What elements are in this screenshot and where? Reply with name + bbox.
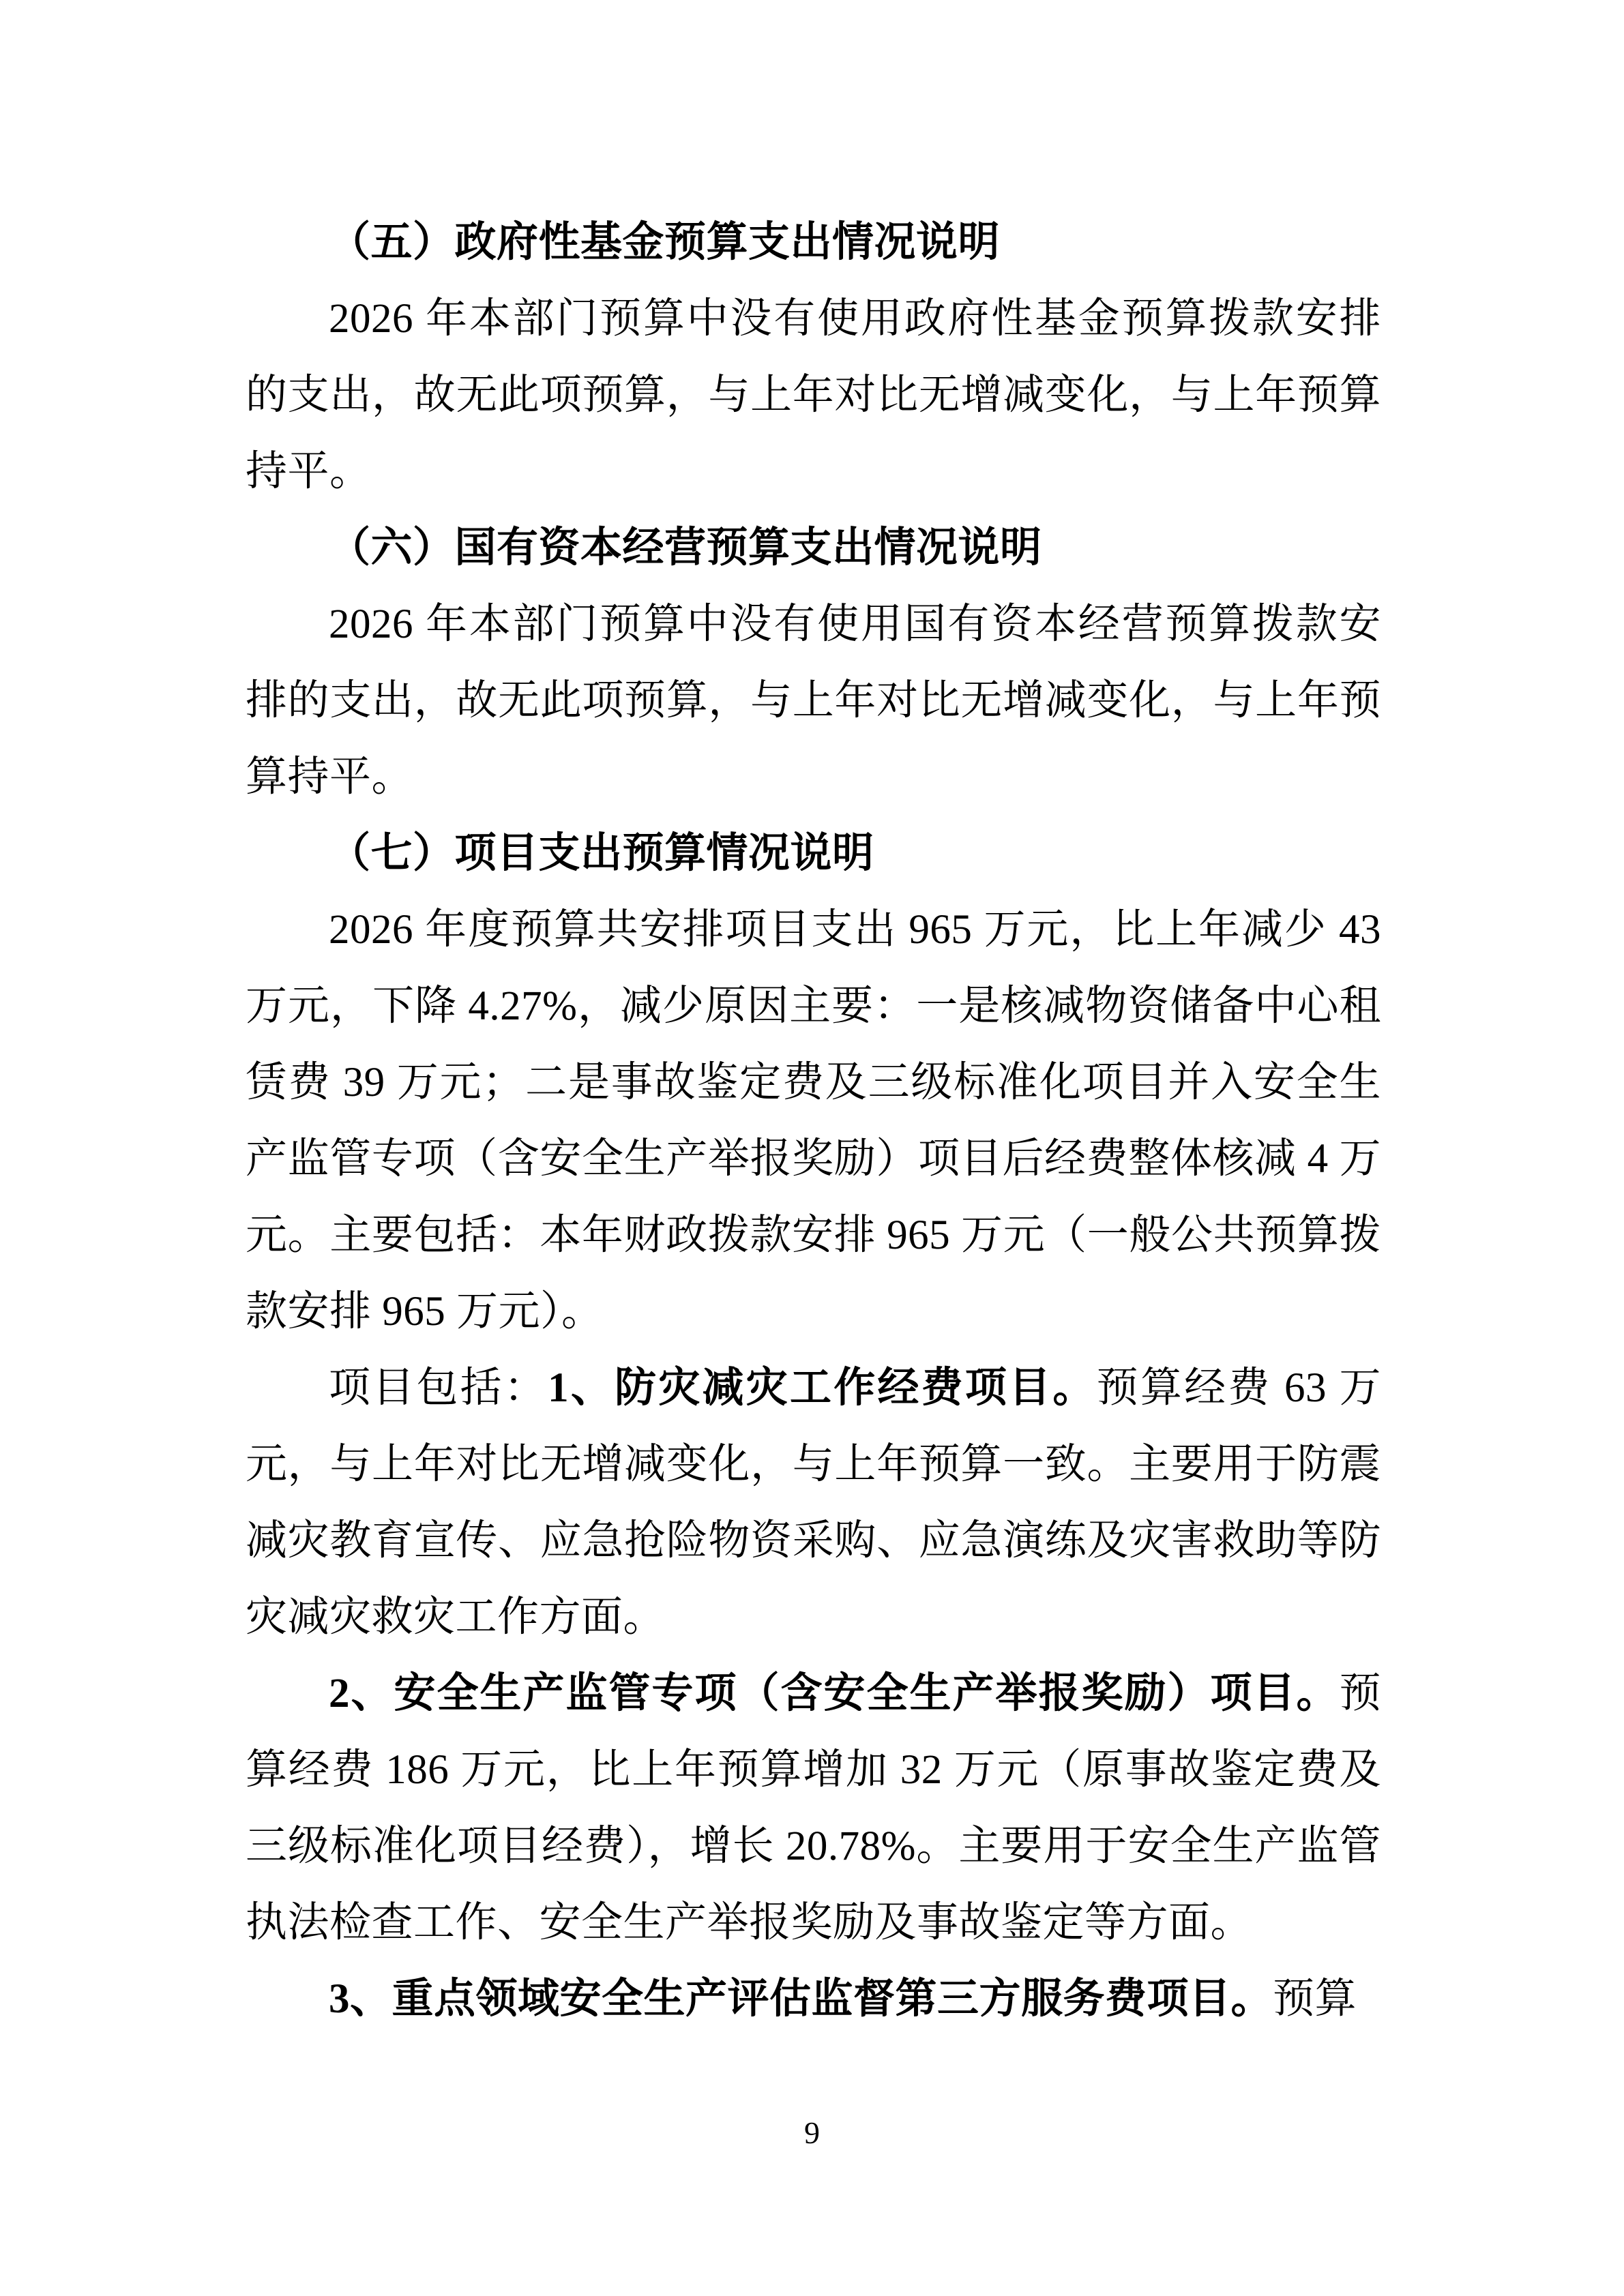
text-run: 1、防灾减灾工作经费项目。 [548, 1365, 1096, 1411]
page-footer: 9 [0, 2113, 1624, 2153]
text-run: （五）政府性基金预算支出情况说明 [329, 220, 1000, 265]
section-heading-5: （五）政府性基金预算支出情况说明 [246, 205, 1381, 281]
paragraph-project-budget-overview: 2026 年度预算共安排项目支出 965 万元，比上年减少 43 万元，下降 4… [246, 892, 1381, 1350]
text-run: 2026 年度预算共安排项目支出 965 万元，比上年减少 43 万元，下降 4… [246, 907, 1381, 1335]
text-run: 预算 [1273, 1976, 1357, 2022]
text-run: （六）国有资本经营预算支出情况说明 [329, 525, 1042, 571]
text-run: 2026 年本部门预算中没有使用国有资本经营预算拨款安排的支出，故无此项预算，与… [246, 601, 1381, 800]
paragraph-state-capital: 2026 年本部门预算中没有使用国有资本经营预算拨款安排的支出，故无此项预算，与… [246, 586, 1381, 816]
page-number: 9 [804, 2115, 820, 2150]
text-run: 项目包括： [329, 1365, 548, 1411]
paragraph-project-1: 项目包括：1、防灾减灾工作经费项目。预算经费 63 万元，与上年对比无增减变化，… [246, 1350, 1381, 1656]
document-body: （五）政府性基金预算支出情况说明2026 年本部门预算中没有使用政府性基金预算拨… [246, 205, 1381, 2038]
paragraph-gov-fund: 2026 年本部门预算中没有使用政府性基金预算拨款安排的支出，故无此项预算，与上… [246, 281, 1381, 510]
paragraph-project-2: 2、安全生产监管专项（含安全生产举报奖励）项目。预算经费 186 万元，比上年预… [246, 1656, 1381, 1961]
section-heading-6: （六）国有资本经营预算支出情况说明 [246, 510, 1381, 586]
document-page: （五）政府性基金预算支出情况说明2026 年本部门预算中没有使用政府性基金预算拨… [0, 0, 1624, 2296]
text-run: 3、重点领域安全生产评估监督第三方服务费项目。 [329, 1976, 1273, 2022]
paragraph-project-3: 3、重点领域安全生产评估监督第三方服务费项目。预算 [246, 1961, 1381, 2038]
text-run: 2、安全生产监管专项（含安全生产举报奖励）项目。 [329, 1671, 1339, 1716]
section-heading-7: （七）项目支出预算情况说明 [246, 816, 1381, 892]
text-run: 2026 年本部门预算中没有使用政府性基金预算拨款安排的支出，故无此项预算，与上… [246, 296, 1381, 494]
text-run: （七）项目支出预算情况说明 [329, 831, 874, 876]
